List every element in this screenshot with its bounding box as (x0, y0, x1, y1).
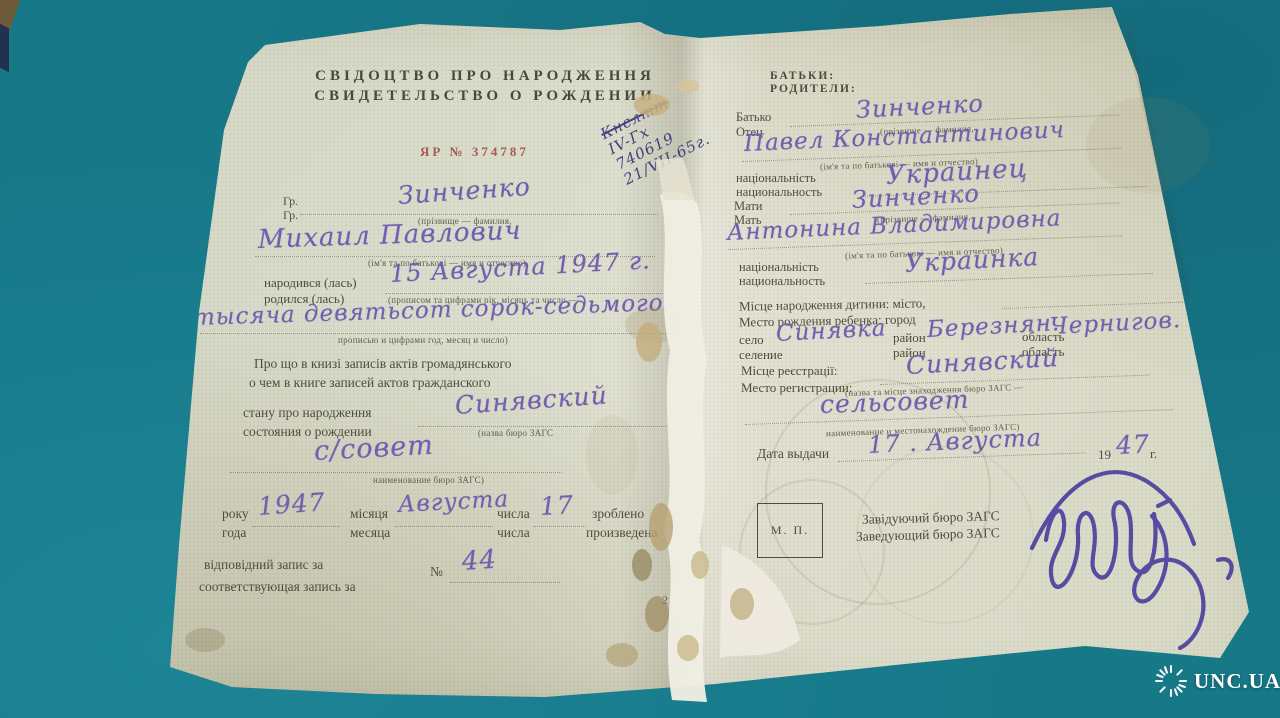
mother-nationality-label-ru: национальность (739, 275, 825, 288)
photo-background: СВІДОЦТВО ПРО НАРОДЖЕННЯ СВИДЕТЕЛЬСТВО О… (0, 0, 1280, 718)
certificate-title-ru: СВИДЕТЕЛЬСТВО О РОЖДЕНИИ (295, 88, 675, 105)
name-hint: (ім'я та по батькові — имя и отчество) (368, 258, 526, 268)
father-nationality-label-ru: национальность (736, 186, 822, 199)
state-label-ru: состояния о рождении (243, 425, 372, 439)
village-label-ru: селение (739, 348, 783, 362)
field-region: Чернигов. (1049, 307, 1181, 340)
born-hint: (прописом та цифрами рік, місяць та числ… (388, 295, 578, 305)
field-child-surname: Зинченко (397, 172, 532, 210)
field-village: Синявка (775, 315, 887, 347)
zags-hint-2: наименование бюро ЗАГС) (373, 475, 484, 485)
field-record-month: Августа (397, 486, 509, 518)
registration-hint-2: наименование и местонахождение бюро ЗАГС… (826, 422, 1020, 439)
page-number: 2 (662, 594, 668, 607)
born-label-uk: народився (лась) (264, 276, 357, 290)
registry-book-ru: о чем в книге записей актов гражданского (249, 376, 491, 390)
registry-book-uk: Про що в книзі записів актів громадянськ… (254, 357, 511, 371)
father-label-uk: Батько (736, 111, 771, 124)
record-label-uk: відповідний запис за (204, 558, 323, 572)
annotation-line3: 740619 (613, 115, 705, 173)
field-father-surname: Зинченко (855, 89, 984, 124)
birthplace-label-uk: Місце народження дитини: місто, (739, 296, 926, 313)
field-birth-year-words: тысяча девятьсот сорок-седьмого (193, 290, 664, 331)
made-label-ru: произведена (586, 526, 657, 540)
field-zags-name-2: с/совет (313, 430, 434, 467)
record-label-ru: соответствующая запись за (199, 580, 356, 594)
day-label-ru: числа (497, 526, 530, 540)
field-birth-date: 15 Августа 1947 г. (389, 246, 651, 288)
head-of-zags-uk: Завідуючий бюро ЗАГС (862, 509, 1000, 527)
field-mother-name: Антонина Владимировна (726, 205, 1062, 246)
issue-year-printed: 19 (1098, 448, 1111, 462)
center-fold (618, 0, 768, 718)
birth-certificate-document: СВІДОЦТВО ПРО НАРОДЖЕННЯ СВИДЕТЕЛЬСТВО О… (0, 0, 1280, 718)
month-label-uk: місяця (350, 507, 388, 521)
table-edge-shadow (0, 24, 9, 73)
father-nationality-label-uk: національність (736, 172, 816, 185)
field-issue-year: 47 (1115, 429, 1150, 460)
registration-label-uk: Місце реєстрації: (741, 364, 837, 378)
mother-nationality-label-uk: національність (739, 261, 819, 274)
citizen-label-uk: Гр. (283, 195, 298, 208)
born-label-ru: родился (лась) (264, 292, 344, 306)
annotation-line4: 21/VII-65г. (621, 131, 713, 189)
clerk-annotation: Кнслтт IV-Гх 740619 21/VII-65г. (598, 85, 713, 188)
annotation-crossed-word: Кнслтт (598, 85, 690, 143)
watermark-label: UNC.UA (1194, 669, 1280, 694)
mother-label-ru: Мать (734, 214, 762, 227)
head-of-zags-ru: Заведующий бюро ЗАГС (856, 526, 1000, 544)
day-label-uk: числа (497, 507, 530, 521)
zags-hint: (назва бюро ЗАГС (478, 428, 553, 438)
field-child-name: Михаил Павлович (257, 216, 522, 255)
district-label-ru: район (893, 346, 926, 360)
parents-header-uk: БАТЬКИ: (770, 70, 835, 82)
month-label-ru: месяца (350, 526, 390, 540)
parents-header-ru: РОДИТЕЛИ: (770, 83, 857, 95)
field-mother-nationality: Украинка (904, 242, 1040, 278)
birthplace-label-ru: Место рождения ребенка: город (739, 312, 916, 329)
field-father-nationality: Украинец (885, 154, 1028, 191)
site-watermark: UNC.UA (1154, 664, 1280, 698)
stamp-place-box: М. П. (757, 503, 823, 558)
sunburst-icon (1154, 664, 1188, 698)
year-label-ru: года (222, 526, 246, 540)
field-record-day: 17 (539, 490, 574, 521)
year-label-uk: року (222, 507, 249, 521)
father-name-hint: (ім'я та по батькові — имя и отчество) (820, 156, 978, 172)
registration-label-ru: Место регистрации: (741, 381, 852, 395)
district-label-uk: район (893, 331, 926, 345)
region-label-uk: область (1022, 330, 1064, 344)
issue-date-label: Дата выдачи (757, 447, 829, 461)
father-surname-hint: (прізвище — фамилия, (880, 123, 974, 136)
made-label-uk: зроблено (592, 507, 644, 521)
mother-name-hint: (ім'я та по батькові — имя и отчество) (845, 245, 1003, 261)
field-issue-date: 17 . Августа (867, 423, 1042, 459)
village-label-uk: село (739, 333, 764, 347)
mother-label-uk: Мати (734, 200, 763, 213)
surname-hint: (прізвище — фамилия, (418, 216, 512, 226)
field-registration-place: Синявский (905, 343, 1059, 380)
annotation-line2: IV-Гх (606, 100, 698, 158)
issue-g-label: г. (1150, 447, 1157, 461)
father-label-ru: Отец (736, 126, 763, 139)
stamp-place-label: М. П. (771, 523, 809, 538)
field-zags-name: Синявский (454, 380, 609, 420)
field-record-year: 1947 (257, 487, 326, 521)
state-label-uk: стану про народження (243, 406, 372, 420)
field-registration-place-2: сельсовет (819, 385, 969, 419)
field-mother-surname: Зинченко (851, 179, 980, 214)
serial-number: ЯР № 374787 (420, 144, 529, 160)
record-number-sign: № (430, 565, 443, 579)
certificate-title-uk: СВІДОЦТВО ПРО НАРОДЖЕННЯ (295, 68, 675, 85)
mother-surname-hint: (прізвище — фамилия, (877, 211, 971, 224)
citizen-label-ru: Гр. (283, 209, 298, 222)
field-district: Березнян. (926, 310, 1060, 343)
field-father-name: Павел Константинович (743, 117, 1065, 157)
born-words-hint: прописью и цифрами год, месяц и число) (338, 335, 508, 345)
field-record-number: 44 (461, 545, 498, 577)
region-label-ru: область (1022, 345, 1064, 359)
registration-hint: (назва та місце знаходження бюро ЗАГС — (845, 382, 1024, 398)
